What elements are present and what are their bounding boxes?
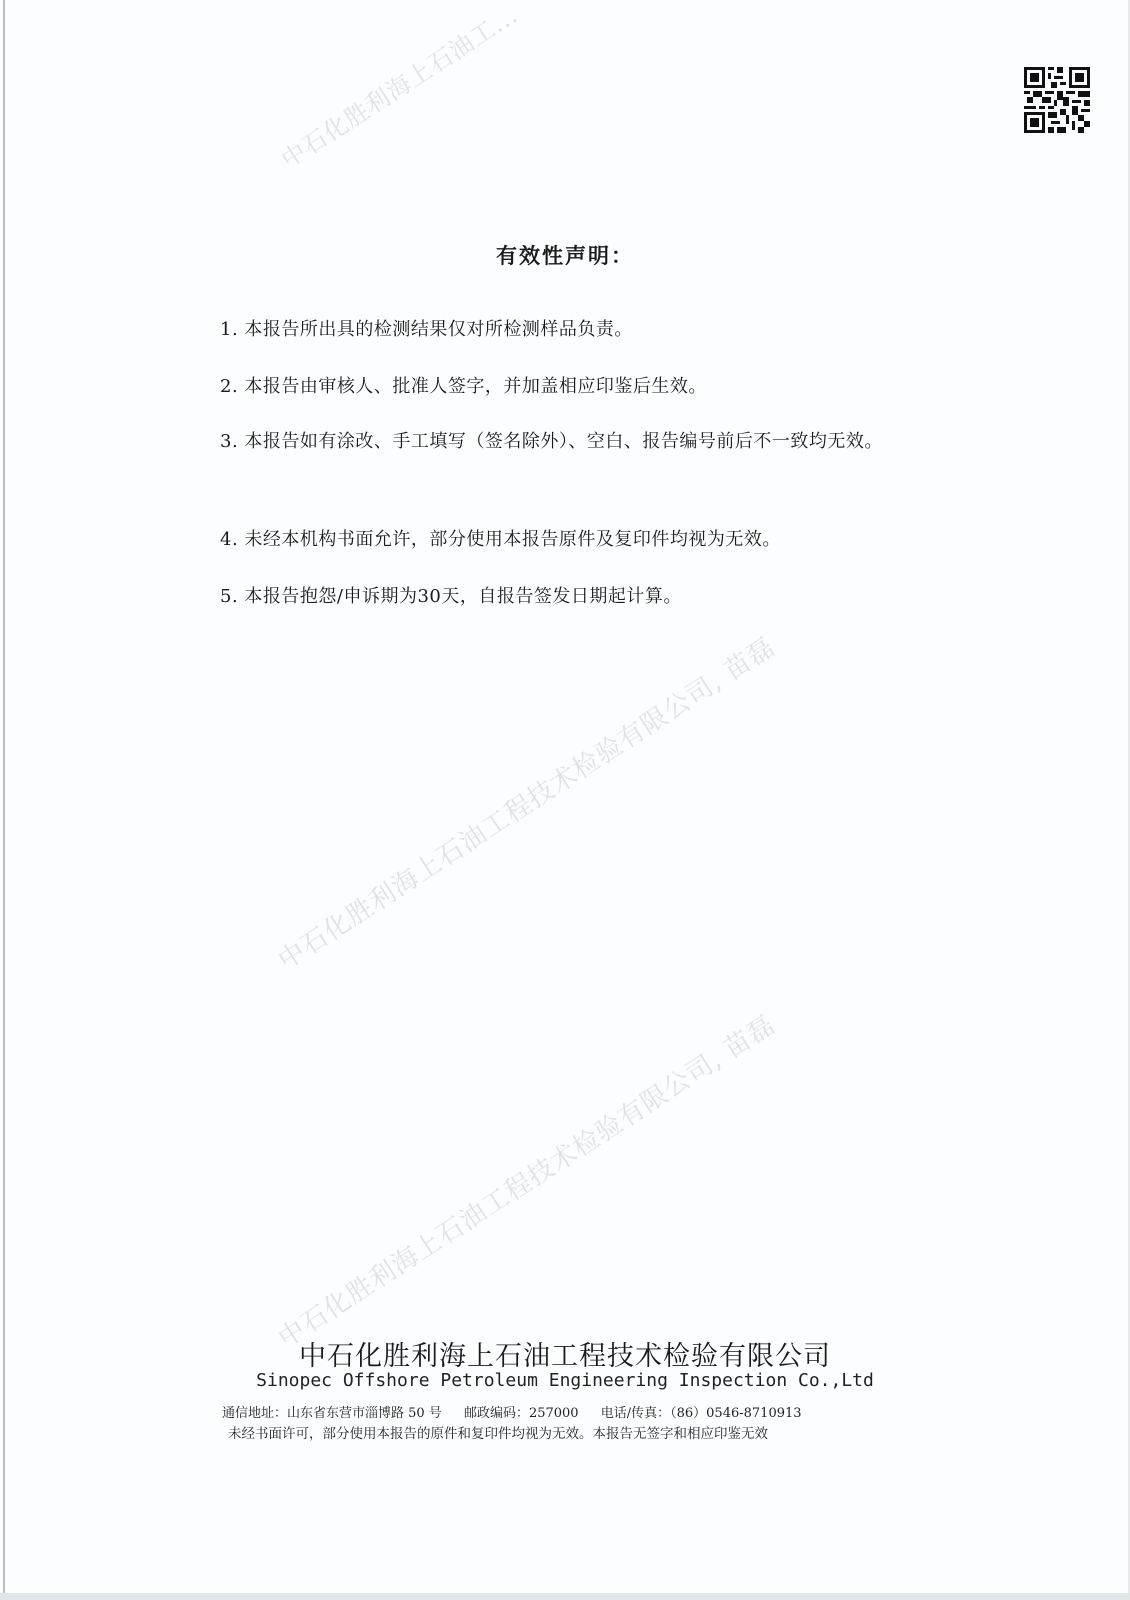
watermark-text: 中石化胜利海上石油工程技术检验有限公司, 苗磊 <box>270 627 781 977</box>
statement-item: 5. 本报告抱怨/申诉期为30天，自报告签发日期起计算。 <box>174 575 964 619</box>
company-name-en: Sinopec Offshore Petroleum Engineering I… <box>0 1370 1130 1391</box>
contact-info: 通信地址：山东省东营市淄博路 50 号 邮政编码：257000 电话/传真：（8… <box>222 1402 942 1421</box>
footer-note: 未经书面许可，部分使用本报告的原件和复印件均视为无效。本报告无签字和相应印鉴无效 <box>228 1422 948 1442</box>
statement-item: 1. 本报告所出具的检测结果仅对所检测样品负责。 <box>174 308 964 352</box>
watermark-text: 中石化胜利海上石油工程技术检验有限公司, 苗磊 <box>270 1005 781 1355</box>
qr-code-icon <box>1024 67 1090 133</box>
company-name-cn: 中石化胜利海上石油工程技术检验有限公司 <box>0 1334 1130 1373</box>
phone-text: 电话/传真：（86）0546-8710913 <box>601 1406 802 1421</box>
page-title: 有效性声明： <box>0 240 1130 270</box>
statement-item: 3. 本报告如有涂改、手工填写（签名除外）、空白、报告编号前后不一致均无效。 <box>174 420 964 464</box>
page-edge-bottom <box>0 1593 1130 1600</box>
statement-item: 2. 本报告由审核人、批准人签字，并加盖相应印鉴后生效。 <box>174 365 964 409</box>
document-page: 中石化胜利海上石油工... 中石化胜利海上石油工程技术检验有限公司, 苗磊 中石… <box>0 0 1130 1600</box>
postcode-text: 邮政编码：257000 <box>464 1406 579 1421</box>
address-text: 通信地址：山东省东营市淄博路 50 号 <box>222 1406 442 1421</box>
statement-item: 4. 未经本机构书面允许，部分使用本报告原件及复印件均视为无效。 <box>174 518 964 562</box>
watermark-text: 中石化胜利海上石油工... <box>273 0 523 175</box>
